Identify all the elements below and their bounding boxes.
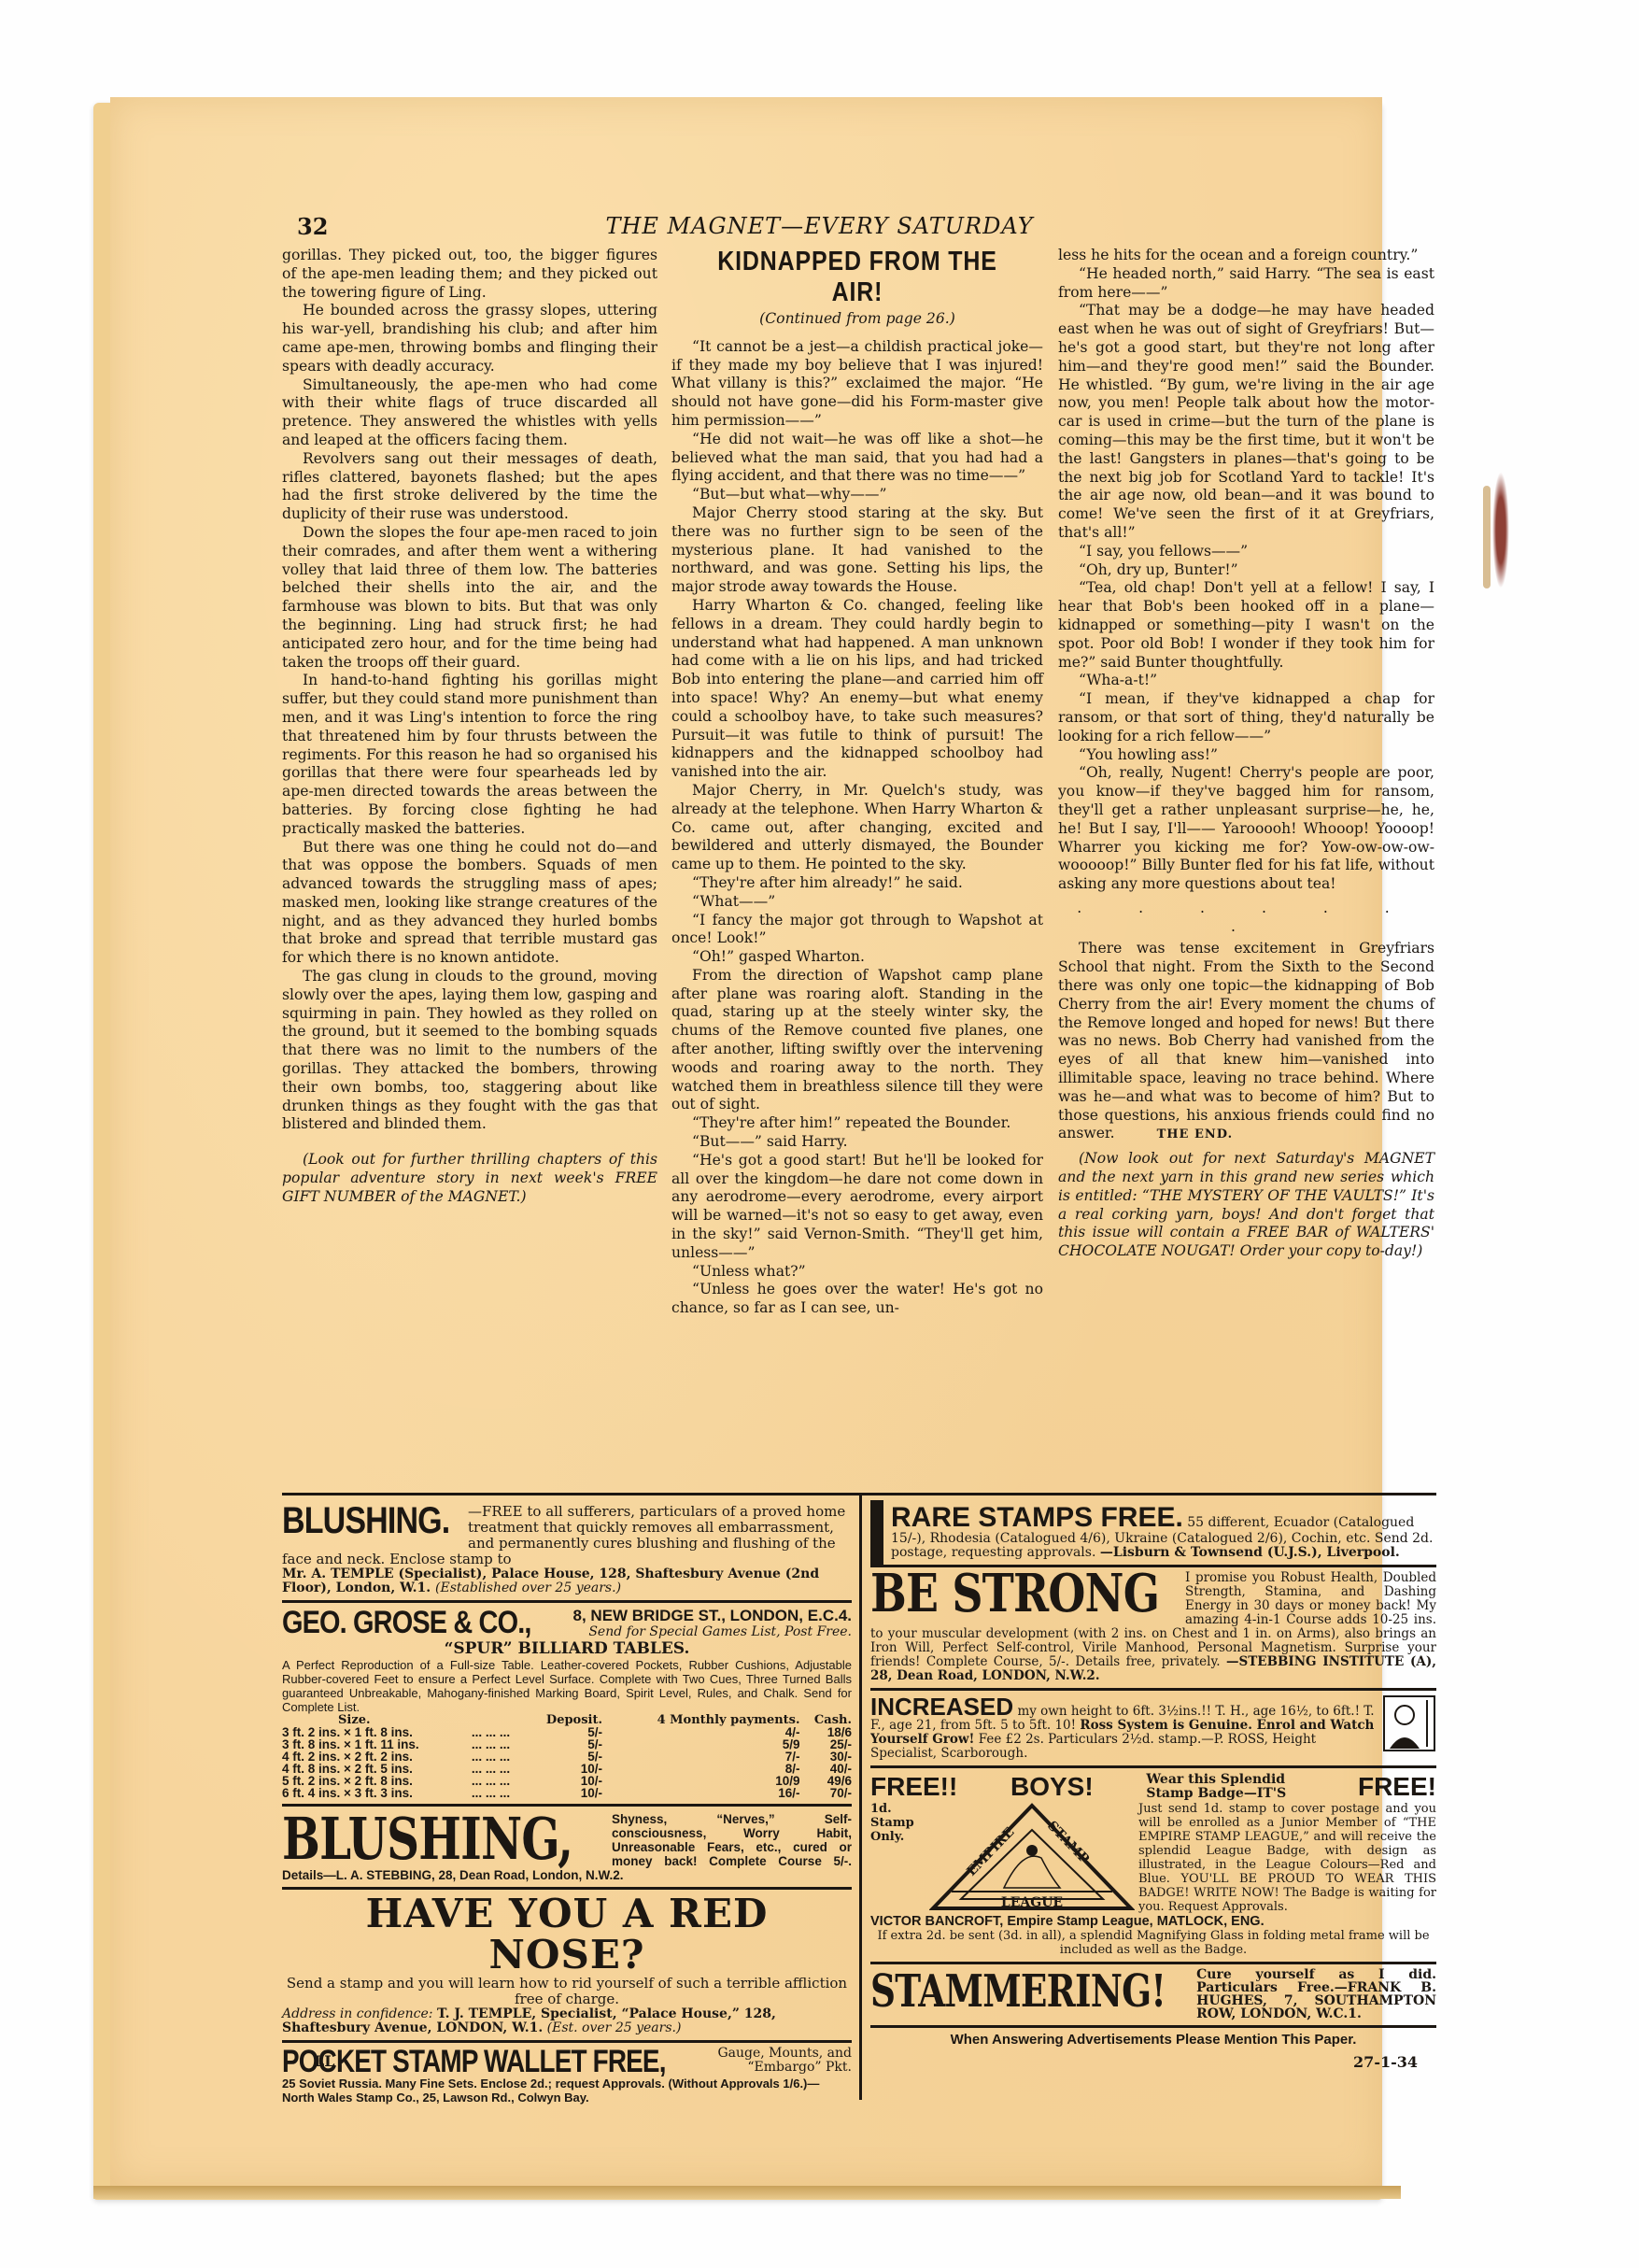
man-portrait-icon	[1382, 1694, 1436, 1752]
story-paragraph: “He did not wait—he was off like a shot—…	[671, 431, 1043, 486]
story-paragraph: “Oh, dry up, Bunter!”	[1058, 561, 1434, 580]
story-column-3: less he hits for the ocean and a foreign…	[1058, 247, 1434, 1261]
story-column-1: gorillas. They picked out, too, the bigg…	[282, 247, 657, 1207]
story-paragraph: “But—but what—why——”	[671, 486, 1043, 504]
ad-be-strong: BE STRONG I promise you Robust Health, D…	[870, 1567, 1436, 1691]
svg-text:LEAGUE: LEAGUE	[1001, 1895, 1063, 1910]
page-edge	[93, 2186, 1401, 2199]
story-paragraph: “Tea, old chap! Don't yell at a fellow! …	[1058, 579, 1434, 672]
next-saturday-note: (Now look out for next Saturday's MAGNET…	[1058, 1150, 1434, 1261]
story-paragraph: From the direction of Wapshot camp plane…	[671, 967, 1043, 1114]
stain-mark	[1483, 486, 1491, 588]
story-paragraph: “I mean, if they've kidnapped a chap for…	[1058, 690, 1434, 745]
ad-headline: INCREASED	[870, 1693, 1013, 1721]
story-title: KIDNAPPED FROM THE AIR!	[698, 247, 1017, 308]
ad-rare-stamps: RARE STAMPS FREE. 55 different, Ecuador …	[870, 1500, 1436, 1567]
story-paragraph: “Wha-a-t!”	[1058, 672, 1434, 690]
mention-this-paper: When Answering Advertisements Please Men…	[870, 2028, 1436, 2048]
next-week-note: (Look out for further thrilling chapters…	[282, 1151, 657, 1206]
ad-blushing-temple: BLUSHING. —FREE to all sufferers, partic…	[282, 1500, 852, 1603]
column-3-paragraphs: less he hits for the ocean and a foreign…	[1058, 247, 1434, 894]
story-paragraph: “They're after him already!” he said.	[671, 874, 1043, 893]
ad-headline: RARE STAMPS FREE.	[891, 1502, 1183, 1533]
ad-headline: BE STRONG	[870, 1571, 1159, 1616]
stain-mark	[1492, 472, 1509, 588]
ads-right-column: RARE STAMPS FREE. 55 different, Ecuador …	[870, 1500, 1436, 2071]
ad-headline: BLUSHING,	[282, 1810, 572, 1868]
ad-headline: BLUSHING.	[282, 1504, 449, 1538]
story-paragraph: Simultaneously, the ape-men who had come…	[282, 376, 657, 450]
ad-stammering: STAMMERING! Cure yourself as I did. Part…	[870, 1964, 1436, 2028]
ad-headline: STAMMERING!	[870, 1968, 1166, 2015]
ad-headline: POCKET STAMP WALLET FREE,	[282, 2047, 666, 2077]
price-table: Size. Deposit. 4 Monthly payments. Cash.…	[282, 1714, 852, 1799]
story-paragraph: Revolvers sang out their messages of dea…	[282, 450, 657, 524]
story-paragraph: “Oh, really, Nugent! Cherry's people are…	[1058, 764, 1434, 894]
column-2-paragraphs: “It cannot be a jest—a childish practica…	[671, 338, 1043, 1318]
story-paragraph: Harry Wharton & Co. changed, feeling lik…	[671, 597, 1043, 782]
story-paragraph: “He headed north,” said Harry. “The sea …	[1058, 265, 1434, 303]
story-paragraph: But there was one thing he could not do—…	[282, 839, 657, 969]
story-column-2: KIDNAPPED FROM THE AIR! (Continued from …	[671, 247, 1043, 1318]
ad-increased-height: INCREASED my own height to 6ft. 3½ins.!!…	[870, 1691, 1436, 1768]
story-paragraph: Major Cherry, in Mr. Quelch's study, was…	[671, 782, 1043, 874]
story-paragraph: “Unless what?”	[671, 1263, 1043, 1282]
section-break: . . . . . . .	[1058, 900, 1434, 937]
story-paragraph: He bounded across the grassy slopes, utt…	[282, 302, 657, 376]
ad-red-nose: HAVE YOU A RED NOSE? Send a stamp and yo…	[282, 1890, 852, 2043]
story-paragraph: There was tense excitement in Greyfriars…	[1058, 940, 1434, 1144]
continued-from: (Continued from page 26.)	[671, 310, 1043, 329]
column-1-paragraphs: gorillas. They picked out, too, the bigg…	[282, 247, 657, 1134]
ad-grose-billiards: GEO. GROSE & CO., 8, NEW BRIDGE ST., LON…	[282, 1603, 852, 1807]
ad-headline: GEO. GROSE & CO.,	[282, 1607, 531, 1638]
story-paragraph: “They're after him!” repeated the Bounde…	[671, 1114, 1043, 1133]
ad-headline: HAVE YOU A RED NOSE?	[282, 1893, 852, 1976]
ad-blushing-stebbing: BLUSHING, Shyness, “Nerves,” Self-consci…	[282, 1807, 852, 1890]
price-row: 6 ft. 4 ins. × 3 ft. 3 ins.... ... ...10…	[282, 1787, 852, 1799]
printer-code: LL	[314, 2052, 335, 2070]
empire-stamp-league-badge-icon: LEAGUE EMPIRE STAMP	[929, 1802, 1135, 1912]
story-paragraph: “It cannot be a jest—a childish practica…	[671, 338, 1043, 431]
ad-empire-stamp-league: FREE!! BOYS! Wear this Splendid Stamp Ba…	[870, 1768, 1436, 1964]
story-paragraph: “I fancy the major got through to Wapsho…	[671, 912, 1043, 949]
story-paragraph: “Unless he goes over the water! He's got…	[671, 1281, 1043, 1318]
story-paragraph: “You howling ass!”	[1058, 746, 1434, 765]
story-paragraph: In hand-to-hand fighting his gorillas mi…	[282, 672, 657, 838]
story-paragraph: “But——” said Harry.	[671, 1133, 1043, 1152]
story-paragraph: “What——”	[671, 893, 1043, 912]
story-paragraph: Down the slopes the four ape-men raced t…	[282, 524, 657, 672]
running-head: 32 THE MAGNET—EVERY SATURDAY	[0, 213, 1639, 241]
story-paragraph: less he hits for the ocean and a foreign…	[1058, 247, 1434, 265]
story-paragraph: “That may be a dodge—he may have headed …	[1058, 302, 1434, 542]
story-paragraph: Major Cherry stood staring at the sky. B…	[671, 504, 1043, 597]
story-paragraph: “He's got a good start! But he'll be loo…	[671, 1152, 1043, 1263]
story-paragraph: “Oh!” gasped Wharton.	[671, 948, 1043, 967]
ads-left-column: BLUSHING. —FREE to all sufferers, partic…	[282, 1500, 852, 2109]
publication-title: THE MAGNET—EVERY SATURDAY	[0, 213, 1639, 239]
the-end: THE END.	[1157, 1127, 1234, 1141]
story-paragraph: gorillas. They picked out, too, the bigg…	[282, 247, 657, 302]
issue-date: 27-1-34	[870, 2053, 1436, 2071]
story-paragraph: “I say, you fellows——”	[1058, 543, 1434, 561]
story-paragraph: The gas clung in clouds to the ground, m…	[282, 968, 657, 1134]
ad-stamp-wallet: POCKET STAMP WALLET FREE, Gauge, Mounts,…	[282, 2043, 852, 2109]
ads-column-divider	[859, 1495, 862, 2100]
svg-text:STAMP: STAMP	[1044, 1819, 1092, 1867]
